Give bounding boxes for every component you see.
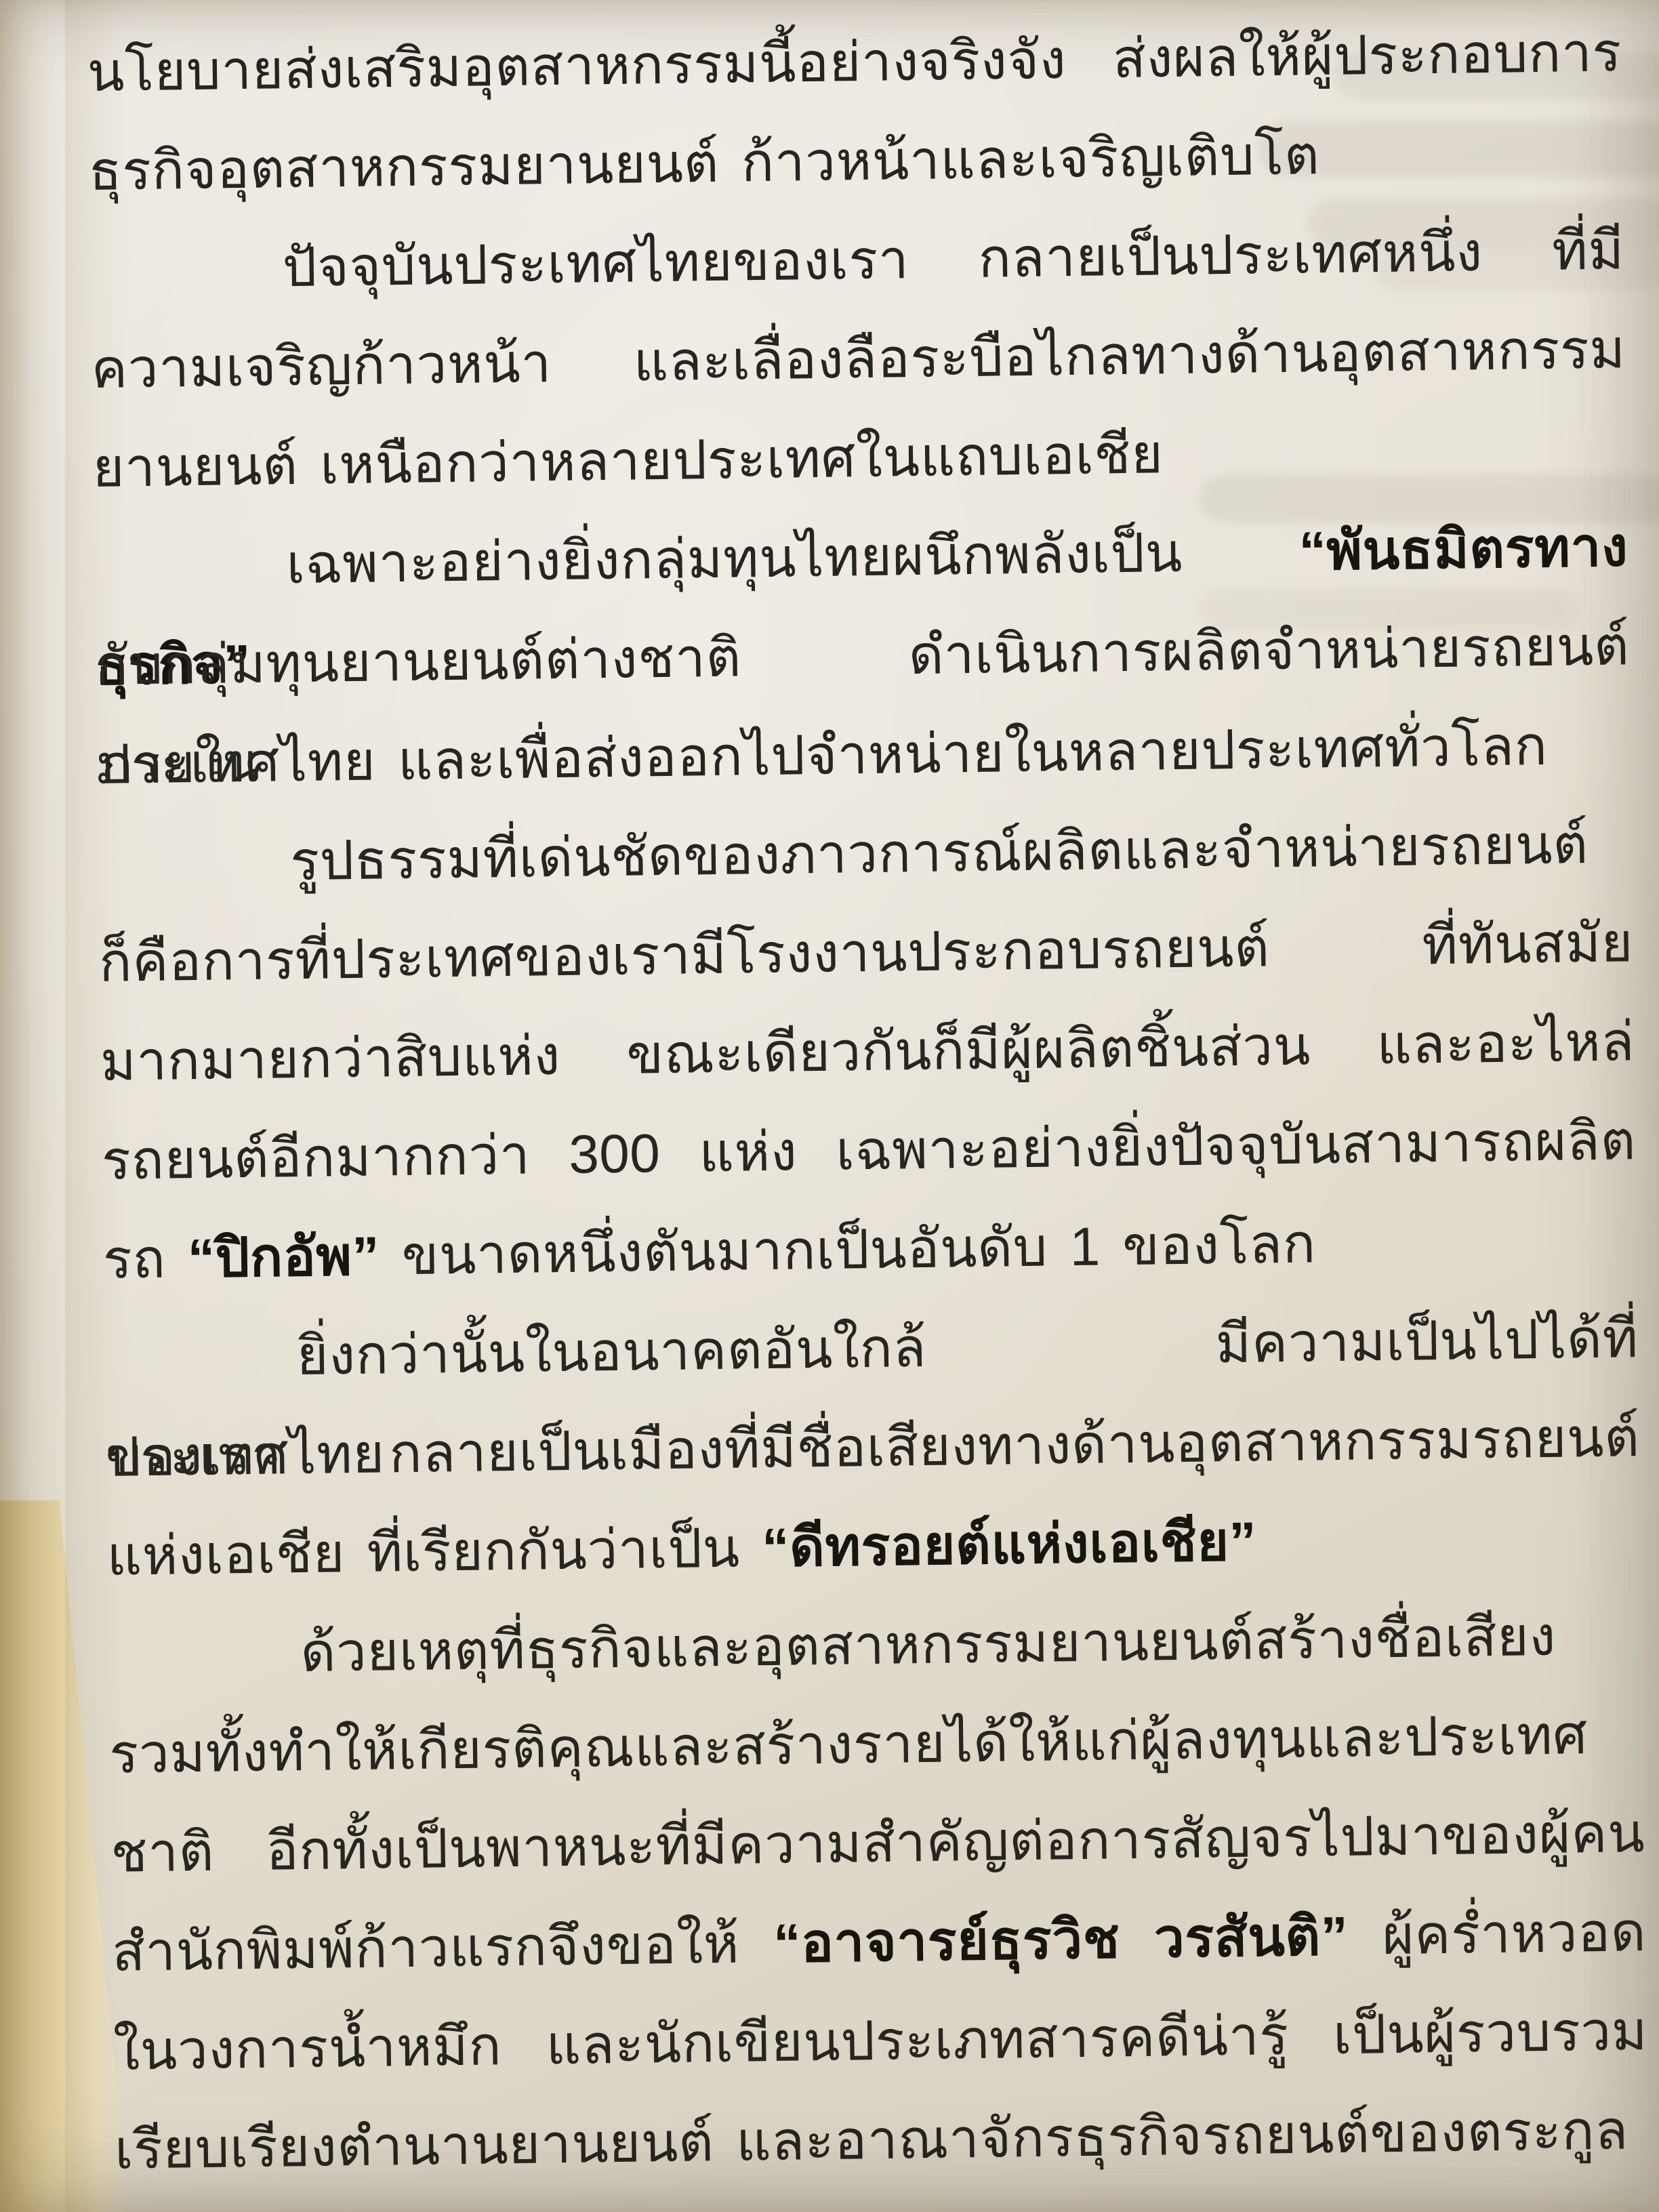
text-line: รถยนต์อีกมากกว่า 300 แห่ง เฉพาะอย่างยิ่ง… [101,1091,1637,1210]
body-text: นโยบายส่งเสริมอุตสาหกรรมนี้อย่างจริงจัง … [87,22,1622,102]
text-line: กับกลุ่มทุนยานยนต์ต่างชาติ ดำเนินการผลิต… [94,596,1630,716]
text-line: รถ “ปิกอัพ” ขนาดหนึ่งตันมากเป็นอันดับ 1 … [102,1190,1638,1309]
body-text: ผู้คร่ำหวอด [1348,1902,1647,1966]
body-text: ประเทศไทย และเพื่อส่งออกไปจำหน่ายในหลายป… [96,716,1548,795]
text-line: ก็คือการที่ประเทศของเรามีโรงงานประกอบรถย… [98,893,1634,1012]
text-line: ยิ่งกว่านั้นในอนาคตอันใกล้ มีความเป็นไปไ… [104,1289,1639,1408]
text-line: รวมทั้งทำให้เกียรติคุณและสร้างรายได้ให้แ… [108,1685,1644,1804]
text-line: ความเจริญก้าวหน้า และเลื่องลือระบือไกลทา… [91,300,1626,419]
text-line: เฉพาะอย่างยิ่งกลุ่มทุนไทยผนึกพลังเป็น “พ… [94,497,1629,617]
body-text: แห่งเอเชีย ที่เรียกกันว่าเป็น [106,1517,762,1586]
emphasized-text: “ปิกอัพ” [187,1226,380,1289]
body-text: ความเจริญก้าวหน้า และเลื่องลือระบือไกลทา… [91,319,1626,399]
text-line: ปัจจุบันประเทศไทยของเรา กลายเป็นประเทศหน… [89,201,1625,320]
text-line: ชาติ อีกทั้งเป็นพาหนะที่มีความสำคัญต่อกา… [110,1784,1645,1903]
body-text: ยานยนต์ เหนือกว่าหลายประเทศในแถบเอเชีย [92,424,1164,498]
text-line: นโยบายส่งเสริมอุตสาหกรรมนี้อย่างจริงจัง … [87,3,1622,122]
body-text: ของเรา กลายเป็นเมืองที่มีชื่อเสียงทางด้า… [105,1407,1640,1488]
body-text: ชาติ อีกทั้งเป็นพาหนะที่มีความสำคัญต่อกา… [110,1803,1645,1883]
body-text: ขนาดหนึ่งตันมากเป็นอันดับ 1 ของโลก [379,1213,1316,1286]
book-page-photo: นโยบายส่งเสริมอุตสาหกรรมนี้อย่างจริงจัง … [0,0,1659,2212]
emphasized-text: “อาจารย์ธุรวิช วรสันติ” [773,1906,1349,1973]
text-line: ของเรา กลายเป็นเมืองที่มีชื่อเสียงทางด้า… [105,1388,1641,1507]
body-text: รูปธรรมที่เด่นชัดของภาวการณ์ผลิตและจำหน่… [290,814,1589,891]
text-line: สำนักพิมพ์ก้าวแรกจึงขอให้ “อาจารย์ธุรวิช… [111,1883,1647,2002]
text-line: มากมายกว่าสิบแห่ง ขณะเดียวกันก็มีผู้ผลิต… [100,992,1635,1111]
emphasized-text: “ดีทรอยต์แห่งเอเชีย” [762,1511,1257,1578]
text-line: ในวงการน้ำหมึก และนักเขียนประเภทสารคดีน่… [112,1982,1648,2101]
body-text: เรียบเรียงตำนานยานยนต์ และอาณาจักรธุรกิจ… [114,2100,1629,2179]
text-line: แห่งเอเชีย ที่เรียกกันว่าเป็น “ดีทรอยต์แ… [106,1487,1642,1606]
body-text: รวมทั้งทำให้เกียรติคุณและสร้างรายได้ให้แ… [109,1704,1588,1784]
body-text: เฉพาะอย่างยิ่งกลุ่มทุนไทยผนึกพลังเป็น [286,521,1299,595]
text-line: เรียบเรียงตำนานยานยนต์ และอาณาจักรธุรกิจ… [114,2081,1650,2200]
body-text: ธุรกิจอุตสาหกรรมยานยนต์ ก้าวหน้าและเจริญ… [88,125,1319,201]
body-text: มากมายกว่าสิบแห่ง ขณะเดียวกันก็มีผู้ผลิต… [100,1011,1635,1092]
body-text: สำนักพิมพ์ก้าวแรกจึงขอให้ [112,1913,774,1982]
body-text: ก็คือการที่ประเทศของเรามีโรงงานประกอบรถย… [99,912,1634,993]
body-text: ด้วยเหตุที่ธุรกิจและอุตสาหกรรมยานยนต์สร้… [300,1606,1557,1683]
body-text: ในวงการน้ำหมึก และนักเขียนประเภทสารคดีน่… [113,2001,1648,2081]
page-text: นโยบายส่งเสริมอุตสาหกรรมนี้อย่างจริงจัง … [87,3,1650,2199]
text-line: ด้วยเหตุที่ธุรกิจและอุตสาหกรรมยานยนต์สร้… [108,1586,1643,1705]
body-text: รถ [102,1228,188,1290]
text-line: รูปธรรมที่เด่นชัดของภาวการณ์ผลิตและจำหน่… [97,794,1633,914]
body-text: รถยนต์อีกมากกว่า 300 แห่ง เฉพาะอย่างยิ่ง… [101,1110,1636,1191]
text-line: ธุรกิจอุตสาหกรรมยานยนต์ ก้าวหน้าและเจริญ… [88,102,1624,221]
body-text: ปัจจุบันประเทศไทยของเรา กลายเป็นประเทศหน… [282,220,1624,298]
text-line: ยานยนต์ เหนือกว่าหลายประเทศในแถบเอเชีย [92,398,1628,518]
text-line: ประเทศไทย และเพื่อส่งออกไปจำหน่ายในหลายป… [96,695,1631,815]
